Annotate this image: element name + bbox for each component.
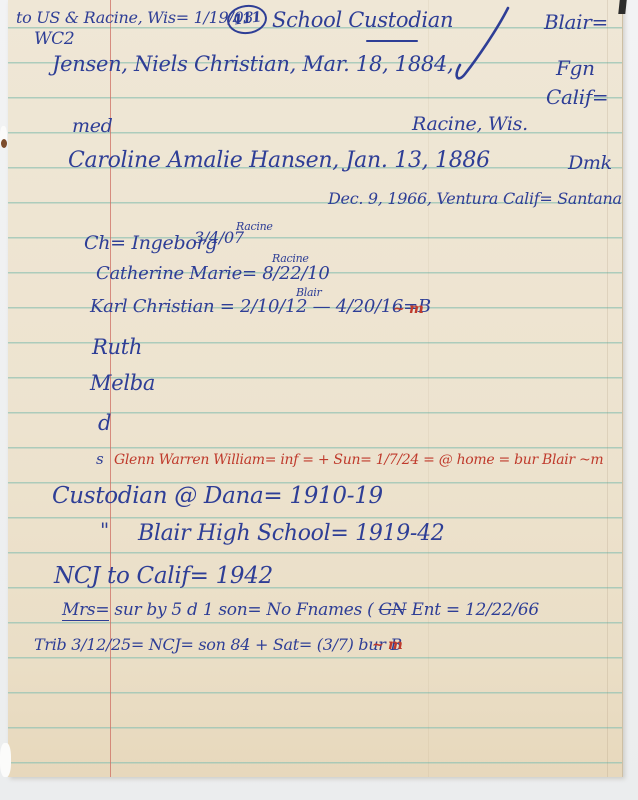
scanned-page: to US & Racine, Wis= 1/19/03 411 School … — [0, 0, 638, 800]
career-calif-move: NCJ to Calif= 1942 — [54, 564, 273, 588]
wc-note: WC2 — [34, 31, 74, 49]
son-red-note: Glenn Warren William= inf = + Sun= 1/7/2… — [114, 453, 603, 468]
child-ruth: Ruth — [92, 336, 142, 358]
custodian-underline — [366, 40, 418, 42]
child-melba: Melba — [90, 372, 155, 394]
mrs-entry-date: Ent = 12/22/66 — [406, 600, 539, 620]
child-d-note: d — [98, 412, 111, 434]
mrs-text: sur by 5 d 1 son= No Fnames ( — [109, 600, 378, 620]
child-catherine: Catherine Marie= 8/22/10 — [96, 265, 329, 284]
checkmark-icon — [450, 4, 512, 86]
scan-corner-sliver — [618, 0, 626, 14]
edge-stain — [1, 139, 7, 148]
mrs-struck-initials: GN — [379, 600, 407, 620]
name-and-birth-line: Jensen, Niels Christian, Mar. 18, 1884, — [52, 53, 453, 75]
spouse-line: Caroline Amalie Hansen, Jan. 13, 1886 — [68, 149, 490, 172]
nativity-note: Fgn — [556, 58, 595, 79]
trib-line: Trib 3/12/25= NCJ= son 84 + Sat= (3/7) b… — [34, 637, 402, 654]
calif-note: Calif= — [546, 87, 608, 108]
spouse-nativity: Dmk — [568, 154, 612, 174]
torn-edge — [0, 743, 11, 777]
career-dana: Custodian @ Dana= 1910-19 — [52, 484, 383, 508]
occupation-note: School Custodian — [272, 9, 453, 31]
ditto-mark: " — [100, 520, 109, 541]
residence-note: Blair= — [544, 12, 608, 33]
arrival-note: to US & Racine, Wis= 1/19/03 — [16, 10, 253, 27]
child-catherine-place: Racine — [272, 253, 309, 265]
child-ingeborg-place: Racine — [236, 221, 273, 233]
mrs-survivors-line: Mrs= sur by 5 d 1 son= No Fnames ( GN En… — [62, 602, 539, 620]
paper-crease — [607, 0, 608, 777]
child-karl-red-note: ~ m — [393, 302, 424, 317]
mrs-label: Mrs= — [62, 600, 109, 621]
career-blair-high-school: Blair High School= 1919-42 — [138, 522, 444, 545]
married-label: med — [72, 117, 113, 137]
trib-red-note: ~ m — [372, 638, 403, 653]
child-karl-place: Blair — [296, 287, 321, 299]
child-karl: Karl Christian = 2/10/12 — 4/20/16=B — [90, 298, 431, 317]
spouse-death-line: Dec. 9, 1966, Ventura Calif= Santana — [328, 191, 622, 208]
son-prefix: s — [96, 452, 103, 468]
married-place: Racine, Wis. — [412, 115, 528, 135]
